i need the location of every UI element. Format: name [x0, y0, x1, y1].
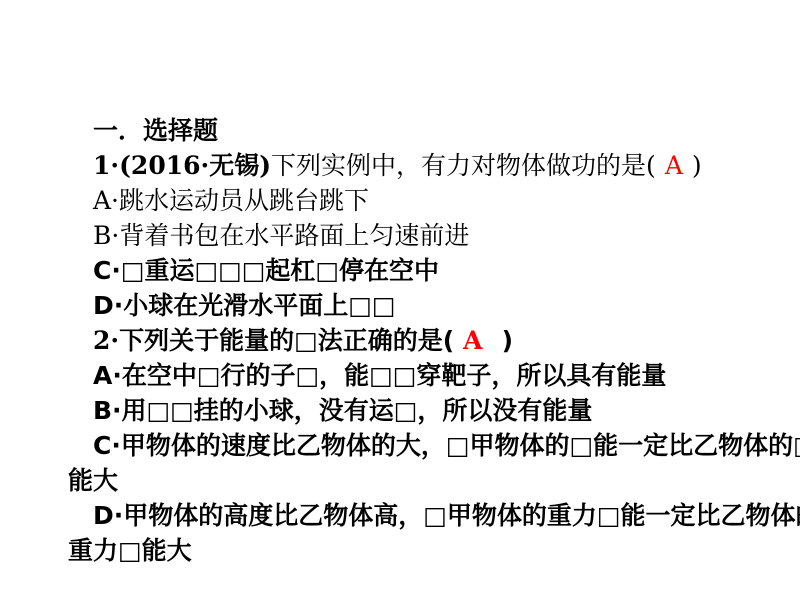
- question-2-option-d-line1: D·甲物体的高度比乙物体高，□甲物体的重力□能一定比乙物体的: [68, 498, 792, 533]
- question-2-close-paren: ): [502, 326, 513, 355]
- question-2-answer-letter: A: [454, 326, 501, 355]
- question-2-option-d-line2: 重力□能大: [68, 533, 792, 568]
- question-1-option-a: A·跳水运动员从跳台跳下: [68, 183, 792, 218]
- question-2-number: 2·: [93, 326, 119, 355]
- question-1-stem-line: 1·(2016·无锡)下列实例中，有力对物体做功的是(A): [68, 148, 792, 183]
- question-2-option-b: B·用□□挂的小球，没有运□，所以没有能量: [68, 393, 792, 428]
- question-2-stem-text: 下列关于能量的□法正确的是(: [119, 326, 454, 355]
- question-1-answer-letter: A: [656, 151, 692, 180]
- question-1-option-c: C·□重运□□□起杠□停在空中: [68, 253, 792, 288]
- question-2-option-a: A·在空中□行的子□，能□□穿靶子，所以具有能量: [68, 358, 792, 393]
- section-title: 一．选择题: [68, 113, 792, 148]
- question-1-stem-text: 下列实例中，有力对物体做功的是(: [271, 151, 656, 180]
- question-2-stem-line: 2·下列关于能量的□法正确的是(A): [68, 323, 792, 358]
- question-2-option-c-line2: 能大: [68, 463, 792, 498]
- question-2-option-c-line1: C·甲物体的速度比乙物体的大，□甲物体的□能一定比乙物体的□: [68, 428, 792, 463]
- question-1-option-b: B·背着书包在水平路面上匀速前进: [68, 218, 792, 253]
- question-1-number-citation: 1·(2016·无锡): [93, 151, 271, 180]
- worksheet-page: 一．选择题 1·(2016·无锡)下列实例中，有力对物体做功的是(A) A·跳水…: [68, 113, 792, 568]
- question-1-option-d: D·小球在光滑水平面上□□: [68, 288, 792, 323]
- question-1-close-paren: ): [692, 151, 702, 180]
